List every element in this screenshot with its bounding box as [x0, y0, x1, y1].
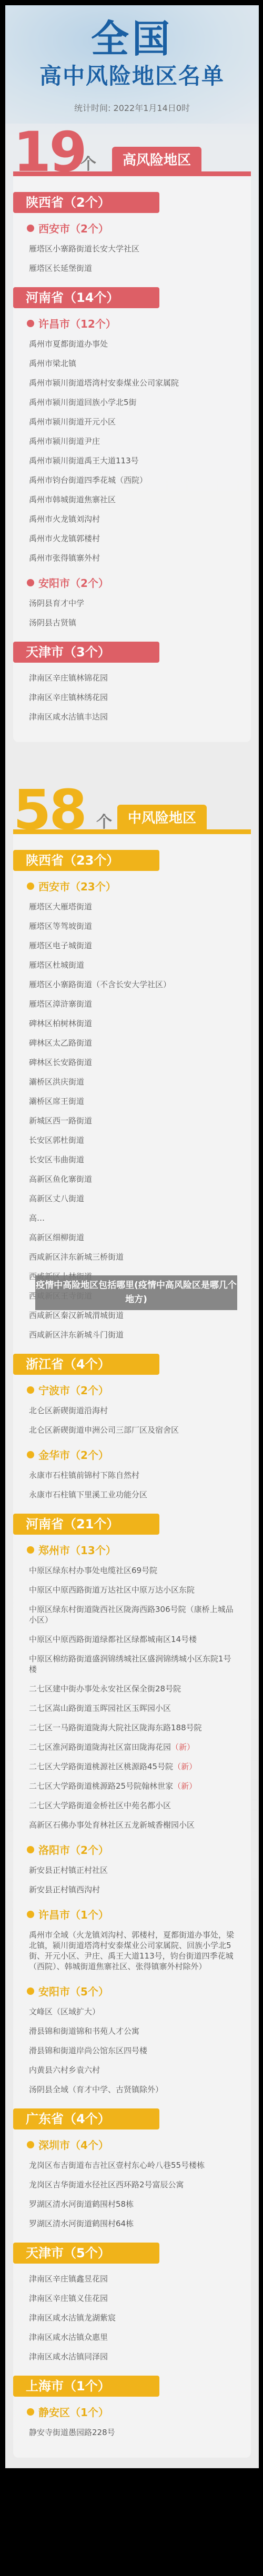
bottom-spacer: [5, 2458, 259, 2468]
area-list-item: 永康市石柱镇下里溪工业功能分区: [13, 1485, 251, 1504]
bullet-dot-icon: [27, 1987, 34, 1995]
area-list-item: 雁塔区等驾坡街道: [13, 916, 251, 936]
mid-risk-header: 58 个 中风险地区: [13, 782, 251, 834]
city-heading: 洛阳市（2个）: [27, 1842, 251, 1857]
area-list-item: 中原区绿东村街道陇西社区陇海西路306号院（康桥上城品小区）: [13, 1599, 251, 1629]
area-name: 二七区淮河路街道陇海社区富田陇海花园: [29, 1742, 171, 1752]
city-heading: 郑州市（13个）: [27, 1542, 251, 1557]
area-list-item: 长安区韦曲街道: [13, 1150, 251, 1169]
area-list-item: 二七区一马路街道陇海大院社区陇海东路188号院: [13, 1718, 251, 1737]
bullet-dot-icon: [27, 1911, 34, 1918]
mid-risk-label: 中风险地区: [117, 805, 207, 830]
area-list-item: 雁塔区杜城街道: [13, 955, 251, 975]
area-list-item: 新安县正村镇西沟村: [13, 1880, 251, 1899]
new-badge: （新）: [171, 1742, 195, 1752]
area-list-item: 津南区辛庄镇鑫昱花园: [13, 2269, 251, 2288]
city-heading: 西安市（2个）: [27, 220, 251, 236]
city-name: 西安市（2个）: [38, 220, 109, 236]
area-list-item: 禹州市颍川街道禹王大道113号: [13, 451, 251, 470]
area-list-item: 中原区棉纺路街道盛润锦绣城社区盛润锦绣城小区东院1号楼: [13, 1649, 251, 1679]
area-list-item: 灞桥区洪庆街道: [13, 1072, 251, 1091]
area-list-item: 罗湖区清水河街道鹤围村64栋: [13, 2214, 251, 2233]
bullet-dot-icon: [27, 2141, 34, 2148]
city-name: 宁波市（2个）: [38, 1382, 109, 1397]
city-heading: 许昌市（12个）: [27, 316, 251, 331]
area-list-item: 碑林区柏树林街道: [13, 1013, 251, 1033]
caption-overlay: 疫情中高险地区包括哪里(疫情中高风险区是哪几个地方): [35, 1275, 237, 1310]
high-risk-label: 高风险地区: [112, 147, 201, 172]
area-list-item: 雁塔区小寨路街道（不含长安大学社区）: [13, 975, 251, 994]
area-list-item: 禹州市梁北镇: [13, 353, 251, 373]
bullet-dot-icon: [27, 1846, 34, 1853]
area-list-item: 二七区淮河路街道陇海社区富田陇海花园（新）: [13, 1737, 251, 1757]
area-list-item: 罗湖区清水河街道鹤围村58栋: [13, 2194, 251, 2214]
area-list-item: 碑林区太乙路街道: [13, 1033, 251, 1052]
area-list-item: 静安寺街道愚园路228号: [13, 2422, 251, 2442]
province-heading: 陕西省（2个）: [13, 192, 159, 213]
mid-risk-count: 58: [13, 786, 85, 834]
city-heading: 静安区（1个）: [27, 2404, 251, 2419]
area-list-item: 雁塔区漳浒寨街道: [13, 994, 251, 1013]
area-list-item: 滑县锦和街道岸尚公馆东区四号楼: [13, 2041, 251, 2060]
area-list-item: 新城区西一路街道: [13, 1111, 251, 1130]
area-list-item: 禹州市火龙镇刘沟村: [13, 509, 251, 529]
area-list-item: 龙岗区吉华街道水径社区西环路2号富辰公寓: [13, 2175, 251, 2194]
area-list-item: 津南区咸水沽镇龙湖紫宸: [13, 2308, 251, 2327]
area-list-item: 文峰区（区域扩大）: [13, 2002, 251, 2021]
area-list-item: 津南区辛庄镇义佳花园: [13, 2288, 251, 2308]
area-list-item: 禹州市颍川街道尹庄: [13, 431, 251, 451]
page-title: 全国: [5, 5, 259, 59]
area-list-item: 高新区丈八街道: [13, 1189, 251, 1208]
bullet-dot-icon: [27, 1546, 34, 1554]
area-list-item: 高…: [13, 1208, 251, 1228]
area-list-item: 禹州市夏都街道办事处: [13, 334, 251, 353]
area-list-item: 汤阴县古贤镇: [13, 613, 251, 632]
city-heading: 安阳市（5个）: [27, 1983, 251, 1999]
area-list-item: 津南区咸水沽镇众惠里: [13, 2327, 251, 2347]
area-name: 二七区大学路街道桃源路25号院翰林世家: [29, 1781, 173, 1791]
city-name: 许昌市（12个）: [38, 316, 116, 331]
city-heading: 西安市（23个）: [27, 878, 251, 894]
area-list-item: 北仑区新碶街道沿海村: [13, 1401, 251, 1420]
area-list-item: 灞桥区席王街道: [13, 1091, 251, 1111]
province-heading: 河南省（14个）: [13, 287, 159, 308]
area-list-item: 禹州市张得镇寨外村: [13, 548, 251, 567]
city-name: 安阳市（5个）: [38, 1983, 109, 1999]
area-list-item: 禹州市颍川街道开元小区: [13, 412, 251, 431]
spacer: [13, 2264, 251, 2269]
high-risk-section: 19 个 高风险地区 陕西省（2个）西安市（2个）雁塔区小寨路街道长安大学社区雁…: [5, 124, 259, 742]
area-list-item: 禹州市颍川街道回族小学北5街: [13, 392, 251, 412]
page-frame: 全国 高中风险地区名单 统计时间: 2022年1月14日0时 19 个 高风险地…: [5, 0, 259, 2473]
infographic-page: 全国 高中风险地区名单 统计时间: 2022年1月14日0时 19 个 高风险地…: [5, 5, 259, 2468]
province-heading: 天津市（5个）: [13, 2243, 159, 2264]
spacer: [13, 663, 251, 668]
area-list-item: 二七区大学路街道金桥社区中苑名都小区: [13, 1796, 251, 1815]
area-list-item: 禹州市火龙镇郭楼村: [13, 529, 251, 548]
city-name: 许昌市（1个）: [38, 1906, 109, 1922]
city-name: 深圳市（4个）: [38, 2137, 109, 2152]
area-list-item: 二七区嵩山路街道玉晖园社区玉晖园小区: [13, 1698, 251, 1718]
bullet-dot-icon: [27, 579, 34, 586]
area-list-item: 中原区中原西路街道万达社区中原万达小区东院: [13, 1580, 251, 1599]
city-name: 郑州市（13个）: [38, 1542, 116, 1557]
area-list-item: 高新区细柳街道: [13, 1228, 251, 1247]
bullet-dot-icon: [27, 2408, 34, 2416]
area-list-item: 永康市石柱镇前锦村下陈自然村: [13, 1465, 251, 1485]
province-heading: 河南省（21个）: [13, 1514, 159, 1535]
area-list-item: 长安区郭杜街道: [13, 1130, 251, 1150]
area-list-item: 雁塔区电子城街道: [13, 936, 251, 955]
area-list-item: 龙岗区布吉街道布吉社区壹村东心岭八巷55号楼栋: [13, 2155, 251, 2175]
stat-time: 统计时间: 2022年1月14日0时: [5, 102, 259, 114]
area-list-item: 津南区咸水沽镇丰达园: [13, 707, 251, 726]
count-unit: 个: [96, 809, 112, 832]
city-name: 西安市（23个）: [38, 878, 116, 894]
area-list-item: 二七区大学路街道桃源社区桃源路45号院（新）: [13, 1757, 251, 1776]
area-list-item: 津南区咸水沽镇同泽园: [13, 2347, 251, 2366]
bullet-dot-icon: [27, 1386, 34, 1394]
province-heading: 浙江省（4个）: [13, 1354, 159, 1375]
city-heading: 宁波市（2个）: [27, 1382, 251, 1397]
area-list-item: 禹州市钧台街道四季花城（西院）: [13, 470, 251, 490]
count-unit: 个: [80, 151, 96, 174]
area-list-item: 西咸新区沣东新城斗门街道: [13, 1325, 251, 1344]
city-name: 金华市（2个）: [38, 1447, 109, 1462]
area-list-item: 雁塔区大雁塔街道: [13, 897, 251, 916]
bullet-dot-icon: [27, 1451, 34, 1458]
area-list-item: 津南区辛庄镇林绣花园: [13, 687, 251, 707]
header-rule: [13, 171, 251, 176]
mid-risk-card: 陕西省（23个）西安市（23个）雁塔区大雁塔街道雁塔区等驾坡街道雁塔区电子城街道…: [13, 834, 251, 2458]
area-list-item: 中原区中原西路街道绿都社区绿都城南区14号楼: [13, 1629, 251, 1649]
new-badge: （新）: [173, 1762, 197, 1771]
city-name: 静安区（1个）: [38, 2404, 109, 2419]
area-list-item: 高新区石佛办事处育林社区五龙新城香榭园小区: [13, 1815, 251, 1834]
bullet-dot-icon: [27, 225, 34, 232]
high-risk-card: 陕西省（2个）西安市（2个）雁塔区小寨路街道长安大学社区雁塔区长延堡街道河南省（…: [13, 176, 251, 742]
area-list-item: 雁塔区长延堡街道: [13, 258, 251, 278]
area-list-item: 北仑区新碶街道申洲公司三部厂区及宿舍区: [13, 1420, 251, 1439]
city-heading: 许昌市（1个）: [27, 1906, 251, 1922]
area-list-item: 汤阴县育才中学: [13, 593, 251, 613]
bullet-dot-icon: [27, 320, 34, 327]
area-list-item: 碑林区长安路街道: [13, 1052, 251, 1072]
header-rule: [13, 829, 251, 834]
section-gap: [5, 742, 259, 782]
city-heading: 金华市（2个）: [27, 1447, 251, 1462]
province-heading: 广东省（4个）: [13, 2108, 159, 2129]
area-list-item: 二七区大学路街道桃源路25号院翰林世家（新）: [13, 1776, 251, 1796]
hero-header: 全国 高中风险地区名单 统计时间: 2022年1月14日0时: [5, 5, 259, 124]
area-list-item: 滑县锦和街道锦和书苑人才公寓: [13, 2021, 251, 2041]
area-list-item: 高新区鱼化寨街道: [13, 1169, 251, 1189]
area-list-item: 内黄县六村乡袁六村: [13, 2060, 251, 2080]
mid-risk-section: 58 个 中风险地区 陕西省（23个）西安市（23个）雁塔区大雁塔街道雁塔区等驾…: [5, 782, 259, 2458]
new-badge: （新）: [173, 1781, 197, 1791]
page-subtitle: 高中风险地区名单: [5, 63, 259, 90]
high-risk-count: 19: [13, 128, 85, 176]
area-list-item: 西咸新区沣东新城三桥街道: [13, 1247, 251, 1266]
city-name: 安阳市（2个）: [38, 575, 109, 590]
area-list-item: 禹州市全域（火龙镇刘沟村、郭楼村，夏都街道办事处，梁北镇，颍川街道塔湾村安泰煤业…: [13, 1925, 251, 1976]
city-name: 洛阳市（2个）: [38, 1842, 109, 1857]
area-list-item: 津南区辛庄镇林锦花园: [13, 668, 251, 687]
city-heading: 安阳市（2个）: [27, 575, 251, 590]
bullet-dot-icon: [27, 883, 34, 890]
area-list-item: 汤阴县全域（育才中学、古贤镇除外）: [13, 2080, 251, 2099]
area-list-item: 中原区绿东村办事处电缆社区69号院: [13, 1560, 251, 1580]
area-list-item: 禹州市颍川街道塔湾村安泰煤业公司家属院: [13, 373, 251, 392]
high-risk-header: 19 个 高风险地区: [13, 124, 251, 176]
city-heading: 深圳市（4个）: [27, 2137, 251, 2152]
area-list-item: 禹州市韩城街道焦寨社区: [13, 490, 251, 509]
area-list-item: 二七区建中街办事处永安社区保全街28号院: [13, 1679, 251, 1698]
province-heading: 上海市（1个）: [13, 2376, 159, 2397]
province-heading: 天津市（3个）: [13, 642, 159, 663]
area-name: 二七区大学路街道桃源社区桃源路45号院: [29, 1762, 173, 1771]
area-list-item: 雁塔区小寨路街道长安大学社区: [13, 239, 251, 258]
province-heading: 陕西省（23个）: [13, 850, 159, 871]
area-list-item: 新安县正村镇正村社区: [13, 1860, 251, 1880]
